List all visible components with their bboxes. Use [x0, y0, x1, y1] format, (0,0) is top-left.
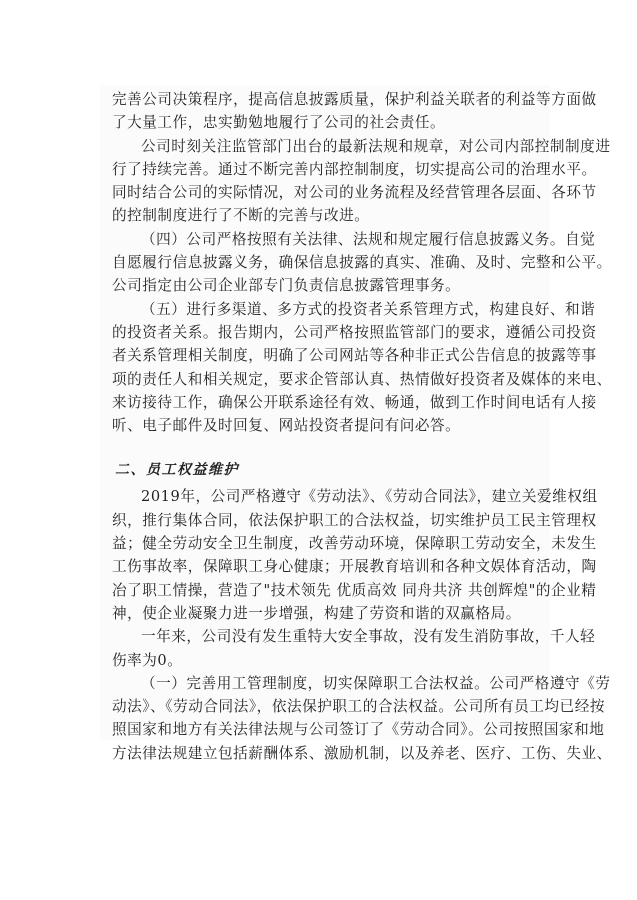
text-line: 工伤事故率，保障职工身心健康；开展教育培训和各种文娱体育活动，陶: [112, 555, 538, 578]
text-line: 行了持续完善。通过不断完善内部控制制度，切实提高公司的治理水平。: [112, 158, 538, 181]
paragraph-labor-law-compliance: 2019年，公司严格遵守《劳动法》、《劳动合同法》，建立关爱维权组 织，推行集体…: [112, 485, 538, 625]
text-line: （一）完善用工管理制度，切实保障职工合法权益。公司严格遵守《劳: [112, 672, 538, 695]
text-line: 2019年，公司严格遵守《劳动法》、《劳动合同法》，建立关爱维权组: [112, 485, 538, 508]
text-line: 自愿履行信息披露义务，确保信息披露的真实、准确、及时、完整和公平。: [112, 251, 538, 274]
text-line: 方法律法规建立包括薪酬体系、激励机制，以及养老、医疗、工伤、失业、: [112, 742, 538, 765]
text-line: 项的责任人和相关规定，要求企管部认真、热情做好投资者及媒体的来电、: [112, 368, 538, 391]
text-line: 者关系管理相关制度，明确了公司网站等各种非正式公告信息的披露等事: [112, 344, 538, 367]
section-gap: [112, 437, 538, 455]
text-line: 来访接待工作，确保公开联系途径有效、畅通，做到工作时间电话有人接: [112, 391, 538, 414]
text-line: 神，使企业凝聚力进一步增强，构建了劳资和谐的双赢格局。: [112, 602, 538, 625]
text-line: 了大量工作，忠实勤勉地履行了公司的社会责任。: [112, 111, 538, 134]
text-line: （四）公司严格按照有关法律、法规和规定履行信息披露义务。自觉: [112, 228, 538, 251]
text-line: 冶了职工情操，营造了"技术领先 优质高效 同舟共济 共创辉煌"的企业精: [112, 579, 538, 602]
text-line: 的投资者关系。报告期内，公司严格按照监管部门的要求，遵循公司投资: [112, 321, 538, 344]
section-heading-employee-rights: 二、员工权益维护: [112, 455, 538, 485]
paragraph-safety-record: 一年来，公司没有发生重特大安全事故，没有发生消防事故，千人轻 伤率为0。: [112, 625, 538, 672]
paragraph-investor-relations: （五）进行多渠道、多方式的投资者关系管理方式，构建良好、和谐 的投资者关系。报告…: [112, 298, 538, 438]
text-line: 织，推行集体合同，依法保护职工的合法权益，切实维护员工民主管理权: [112, 509, 538, 532]
paragraph-corporate-responsibility: 完善公司决策程序，提高信息披露质量，保护利益关联者的利益等方面做 了大量工作，忠…: [112, 88, 538, 135]
paragraph-employment-management: （一）完善用工管理制度，切实保障职工合法权益。公司严格遵守《劳 动法》、《劳动合…: [112, 672, 538, 765]
text-line: 公司指定由公司企业部专门负责信息披露管理事务。: [112, 274, 538, 297]
text-line: 公司时刻关注监管部门出台的最新法规和规章，对公司内部控制制度进: [112, 135, 538, 158]
paragraph-info-disclosure: （四）公司严格按照有关法律、法规和规定履行信息披露义务。自觉 自愿履行信息披露义…: [112, 228, 538, 298]
text-line: 听、电子邮件及时回复、网站投资者提问有问必答。: [112, 414, 538, 437]
text-line: 益；健全劳动安全卫生制度，改善劳动环境，保障职工劳动安全，未发生: [112, 532, 538, 555]
paragraph-internal-control: 公司时刻关注监管部门出台的最新法规和规章，对公司内部控制制度进 行了持续完善。通…: [112, 135, 538, 228]
text-line: 照国家和地方有关法律法规与公司签订了《劳动合同》。公司按照国家和地: [112, 718, 538, 741]
text-line: 完善公司决策程序，提高信息披露质量，保护利益关联者的利益等方面做: [112, 88, 538, 111]
text-line: 伤率为0。: [112, 649, 538, 672]
text-line: 的控制制度进行了不断的完善与改进。: [112, 204, 538, 227]
text-line: （五）进行多渠道、多方式的投资者关系管理方式，构建良好、和谐: [112, 298, 538, 321]
document-body: 完善公司决策程序，提高信息披露质量，保护利益关联者的利益等方面做 了大量工作，忠…: [112, 88, 538, 765]
text-line: 同时结合公司的实际情况，对公司的业务流程及经营管理各层面、各环节: [112, 181, 538, 204]
text-line: 一年来，公司没有发生重特大安全事故，没有发生消防事故，千人轻: [112, 625, 538, 648]
text-line: 动法》、《劳动合同法》，依法保护职工的合法权益。公司所有员工均已经按: [112, 695, 538, 718]
